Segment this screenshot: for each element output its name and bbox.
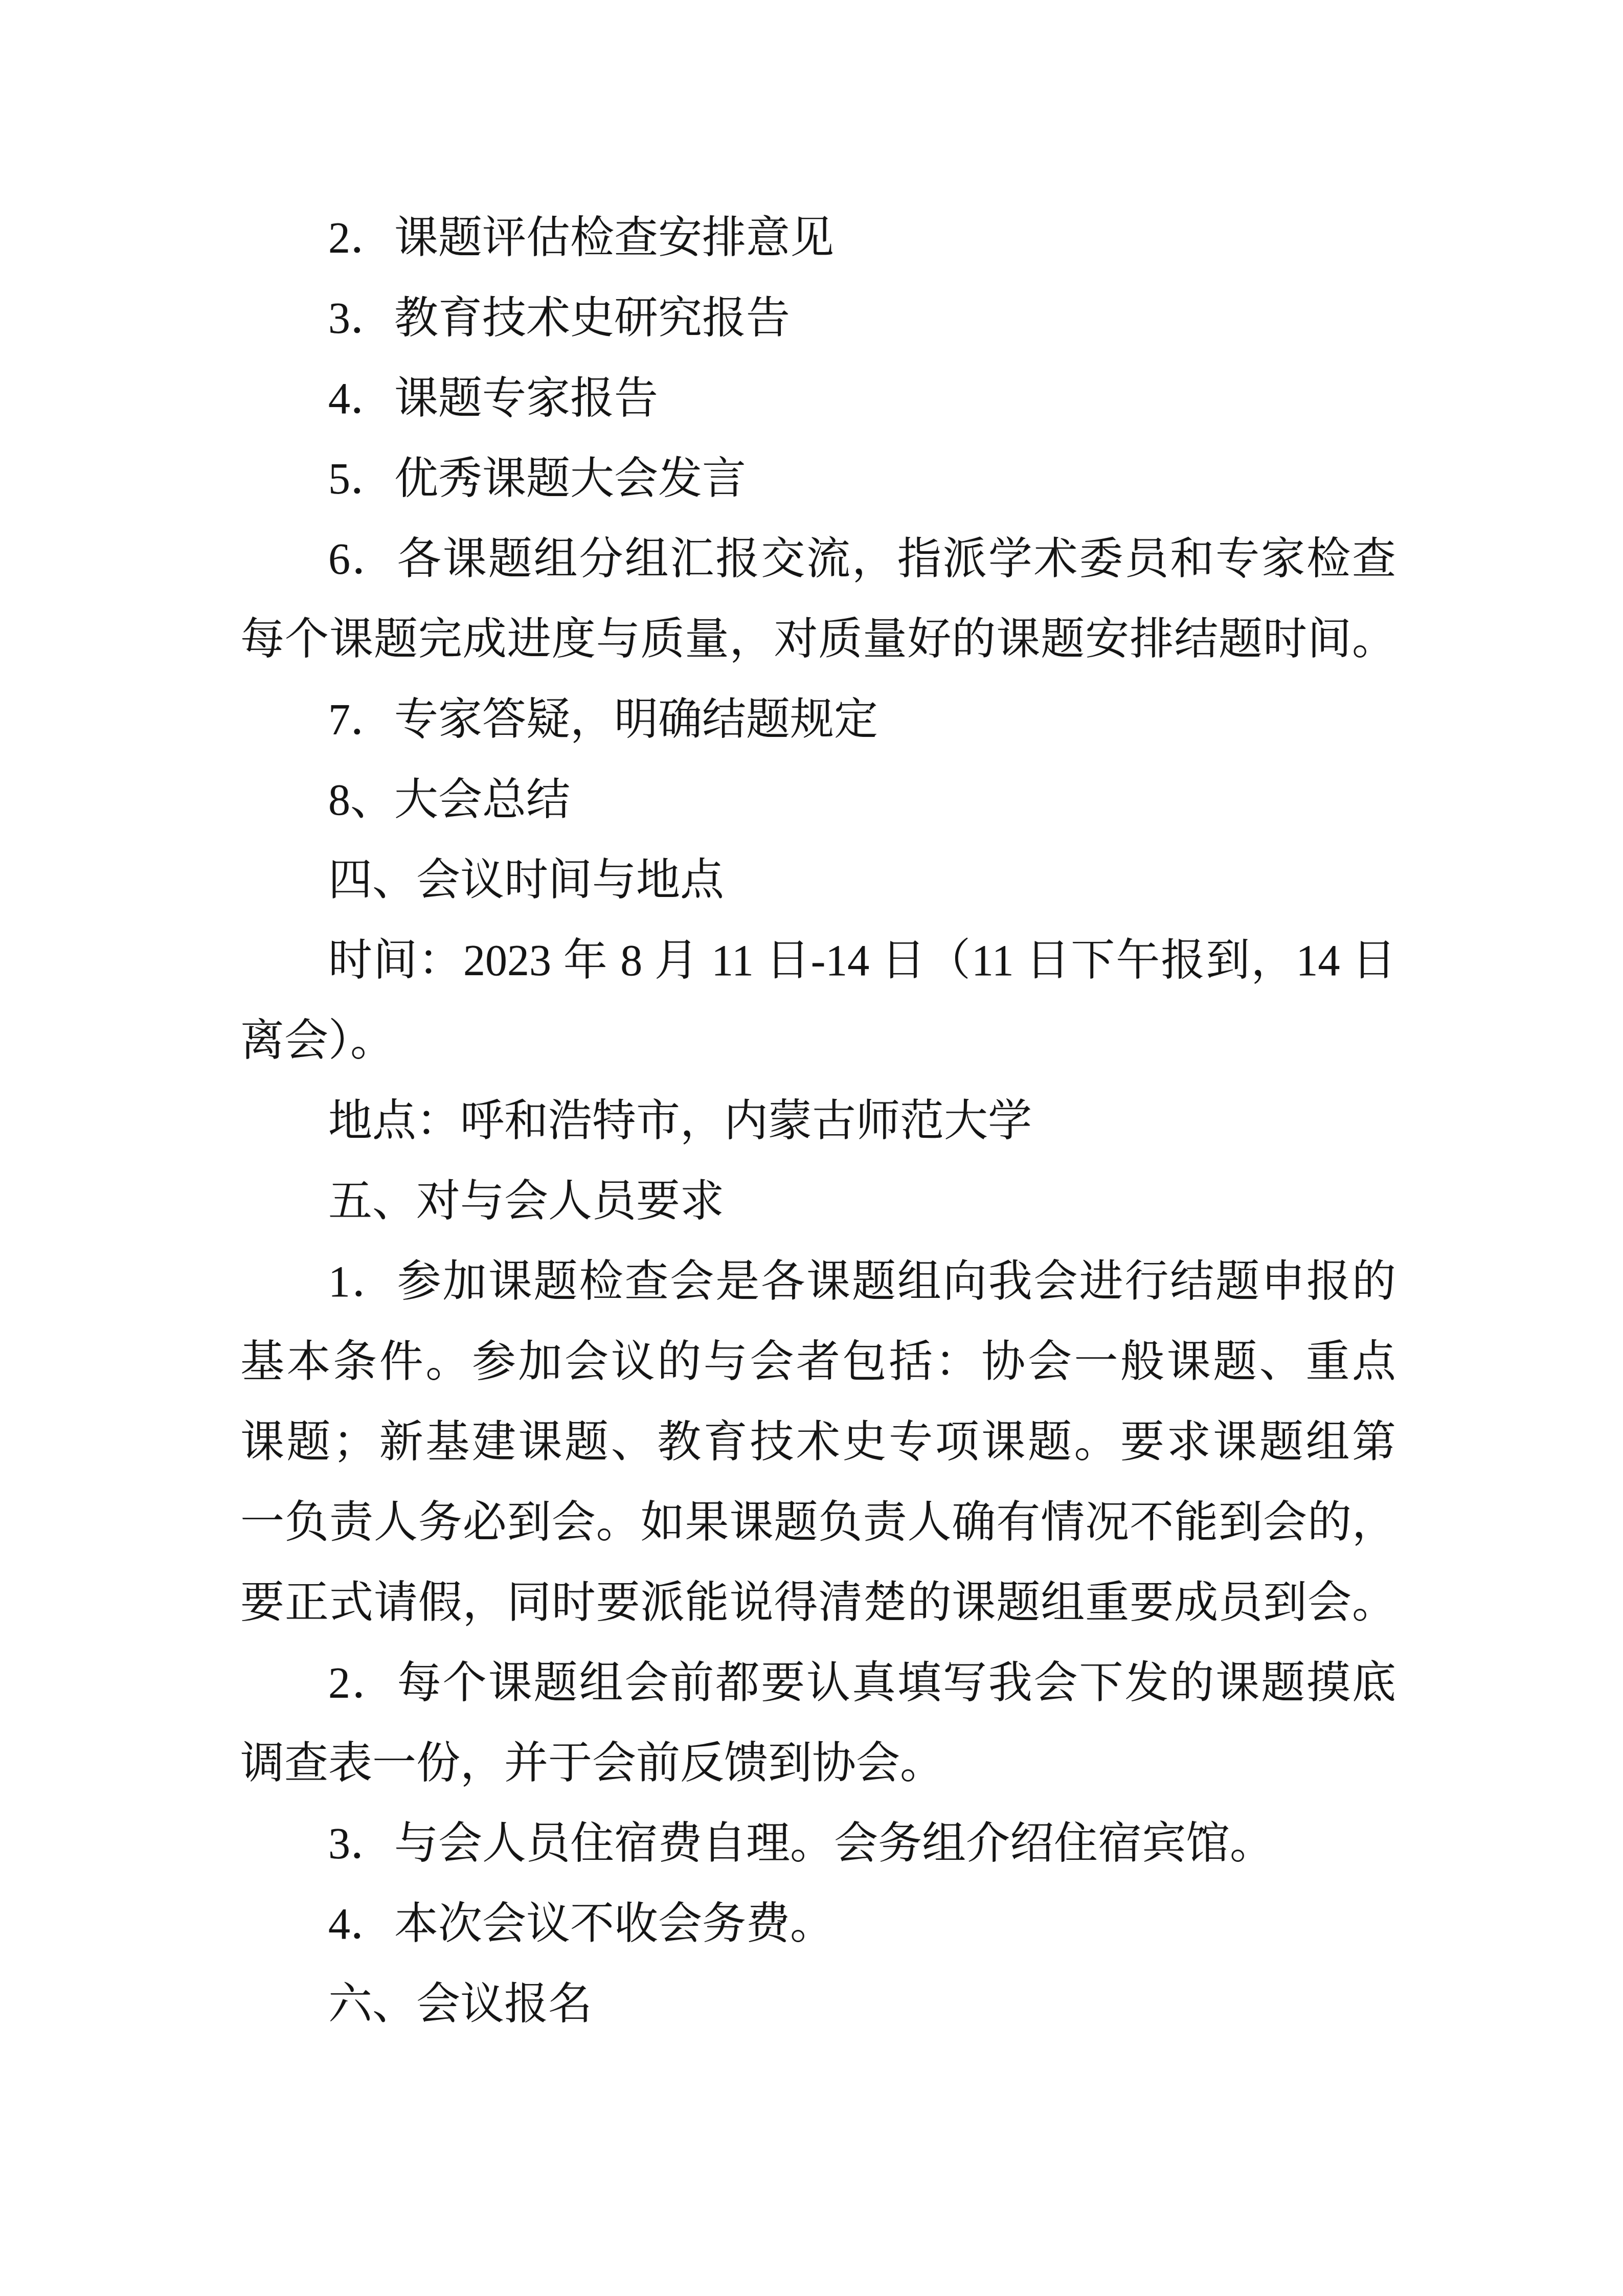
list-item: 4．课题专家报告	[240, 358, 1396, 439]
list-item: 2．每个课题组会前都要认真填写我会下发的课题摸底	[240, 1643, 1396, 1723]
list-item: 7．专家答疑，明确结题规定	[240, 680, 1396, 760]
section-heading: 六、会议报名	[240, 1964, 1396, 2044]
scanned-document-page: 2．课题评估检查安排意见 3．教育技术史研究报告 4．课题专家报告 5．优秀课题…	[0, 0, 1623, 2296]
text-line: 调查表一份，并于会前反馈到协会。	[240, 1723, 1396, 1804]
text-line: 时间：2023 年 8 月 11 日-14 日（11 日下午报到，14 日	[240, 920, 1396, 1001]
list-item: 6．各课题组分组汇报交流，指派学术委员和专家检查	[240, 519, 1396, 599]
list-item: 3．与会人员住宿费自理。会务组介绍住宿宾馆。	[240, 1804, 1396, 1884]
list-item: 1．参加课题检查会是各课题组向我会进行结题申报的	[240, 1242, 1396, 1322]
list-item: 2．课题评估检查安排意见	[240, 198, 1396, 278]
text-line: 基本条件。参加会议的与会者包括：协会一般课题、重点	[240, 1322, 1396, 1402]
document-body: 2．课题评估检查安排意见 3．教育技术史研究报告 4．课题专家报告 5．优秀课题…	[240, 198, 1396, 2044]
list-item: 4．本次会议不收会务费。	[240, 1884, 1396, 1964]
text-line: 离会）。	[240, 1001, 1396, 1081]
text-line: 地点：呼和浩特市，内蒙古师范大学	[240, 1081, 1396, 1161]
list-item: 3．教育技术史研究报告	[240, 278, 1396, 358]
text-line: 课题；新基建课题、教育技术史专项课题。要求课题组第	[240, 1402, 1396, 1482]
section-heading: 五、对与会人员要求	[240, 1161, 1396, 1242]
list-item: 5．优秀课题大会发言	[240, 439, 1396, 519]
text-line: 每个课题完成进度与质量，对质量好的课题安排结题时间。	[240, 599, 1396, 680]
text-line: 一负责人务必到会。如果课题负责人确有情况不能到会的，	[240, 1482, 1396, 1563]
section-heading: 四、会议时间与地点	[240, 840, 1396, 920]
list-item: 8、大会总结	[240, 760, 1396, 840]
text-line: 要正式请假，同时要派能说得清楚的课题组重要成员到会。	[240, 1563, 1396, 1643]
